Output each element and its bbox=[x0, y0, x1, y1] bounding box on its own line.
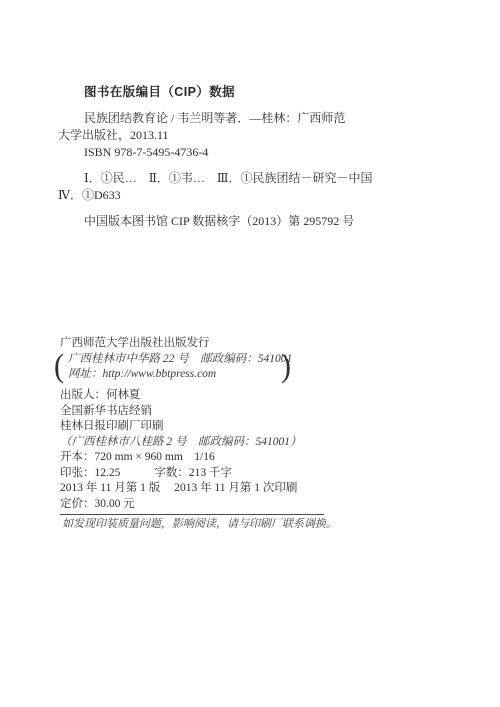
cip-title-line2: 大学出版社，2013.11 bbox=[58, 127, 458, 144]
cip-record-number: 中国版本图书馆 CIP 数据核字（2013）第 295792 号 bbox=[58, 213, 458, 230]
sheets-value: 印张：12.25 bbox=[60, 467, 120, 479]
cip-title-line1: 民族团结教育论 / 韦兰明等著．—桂林：广西师范 bbox=[58, 110, 458, 127]
left-paren-glyph: ( bbox=[54, 351, 64, 383]
format-line: 开本：720 mm × 960 mm 1/16 bbox=[60, 450, 405, 466]
cip-copyright-page: 图书在版编目（CIP）数据 民族团结教育论 / 韦兰明等著．—桂林：广西师范 大… bbox=[0, 0, 500, 707]
right-paren-glyph: ) bbox=[281, 351, 291, 383]
publisher-line: 广西师范大学出版社出版发行 bbox=[60, 336, 405, 352]
edition-value: 2013 年 11 月第 1 版 bbox=[60, 482, 160, 494]
chief-editor-line: 出版人：何林夏 bbox=[60, 388, 405, 404]
printing-value: 2013 年 11 月第 1 次印刷 bbox=[174, 482, 297, 494]
printer-address-line: （广西桂林市八桂路 2 号 邮政编码：541001） bbox=[60, 435, 405, 451]
cip-subjects-line2: Ⅳ．①D633 bbox=[58, 187, 458, 204]
cip-header: 图书在版编目（CIP）数据 bbox=[58, 84, 458, 101]
distribution-line: 全国新华书店经销 bbox=[60, 404, 405, 420]
sheets-words-line: 印张：12.25字数：213 千字 bbox=[60, 466, 405, 482]
edition-printing-line: 2013 年 11 月第 1 版2013 年 11 月第 1 次印刷 bbox=[60, 481, 405, 497]
colophon-section: 广西师范大学出版社出版发行 ( 广西桂林市中华路 22 号 邮政编码：54100… bbox=[60, 336, 405, 533]
publisher-website-line: 网址：http://www.bbtpress.com bbox=[68, 367, 405, 383]
cip-subjects-line1: Ⅰ．①民… Ⅱ．①韦… Ⅲ．①民族团结－研究－中国 bbox=[58, 170, 458, 187]
quality-note-line: 如发现印装质量问题，影响阅读，请与印刷厂联系调换。 bbox=[60, 515, 405, 533]
price-line: 定价：30.00 元 bbox=[60, 497, 405, 513]
word-count-value: 字数：213 千字 bbox=[154, 467, 232, 479]
cip-data-section: 图书在版编目（CIP）数据 民族团结教育论 / 韦兰明等著．—桂林：广西师范 大… bbox=[58, 84, 458, 230]
printer-line: 桂林日报印刷厂印刷 bbox=[60, 419, 405, 435]
cip-isbn: ISBN 978-7-5495-4736-4 bbox=[58, 144, 458, 161]
publisher-address-line: 广西桂林市中华路 22 号 邮政编码：541001 bbox=[68, 352, 405, 368]
publisher-contact-group: ( 广西桂林市中华路 22 号 邮政编码：541001 网址：http://ww… bbox=[60, 352, 405, 383]
